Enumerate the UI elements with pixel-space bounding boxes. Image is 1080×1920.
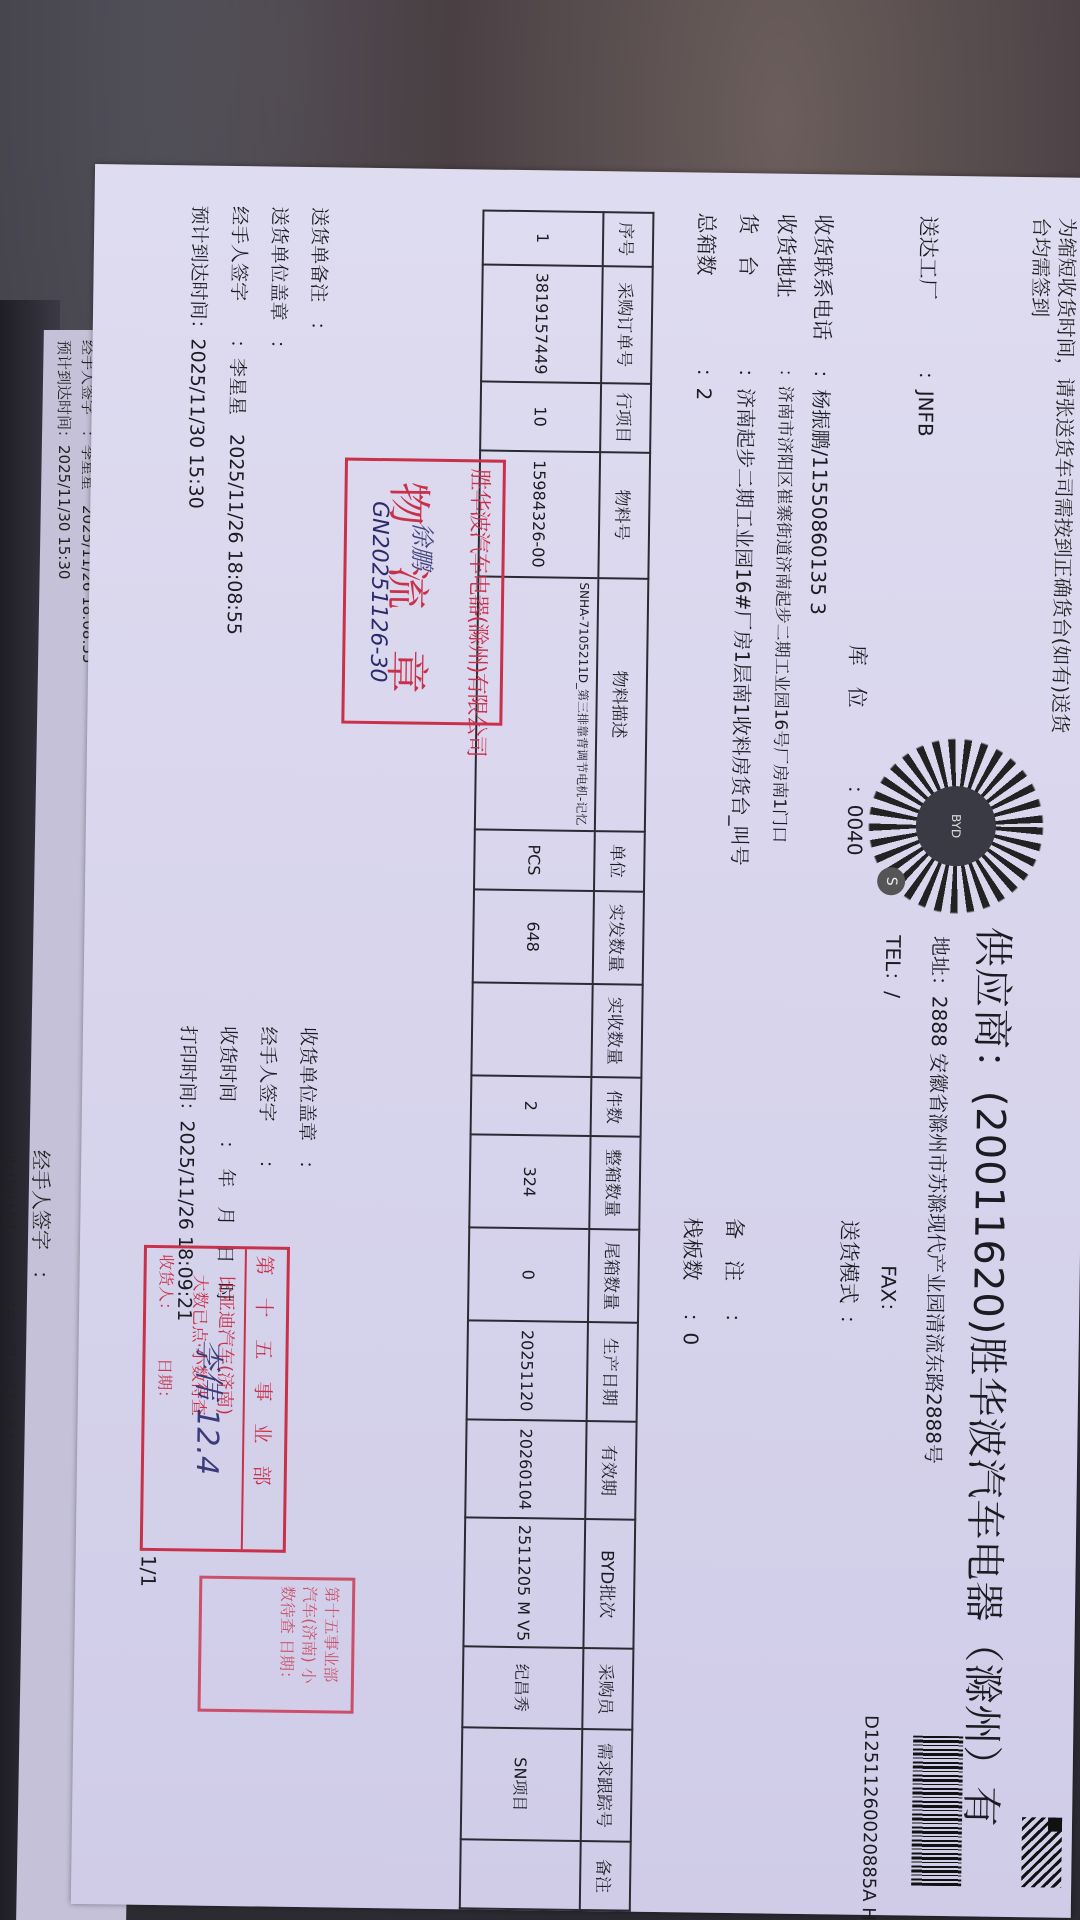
recv-address-text: 济南市济阳区崔寨街道济南起步二期工业园16号厂房南1门口 [769, 386, 795, 844]
sender-stamp-label: 送货单位盖章 [267, 206, 291, 320]
partial-stamp-text: 第十五事业部 汽车(济南) 小数待查 日期： [275, 1586, 343, 1697]
table-cell: 20260104 [465, 1419, 586, 1519]
column-header: 整箱数量 [589, 1136, 640, 1230]
sender-signature: 徐鹏 [406, 521, 442, 569]
eta-label: 预计到达时间： [187, 205, 211, 338]
column-header: 需求跟踪号 [581, 1729, 633, 1842]
table-cell: 2 [471, 1075, 592, 1136]
stamp-company: 胜华波汽车电器(滁州)有限公司 [462, 468, 497, 757]
column-header: 采购员 [582, 1648, 633, 1730]
recv-time-label: 收货时间 [216, 1026, 239, 1102]
boxes-label: 总箱数 [692, 212, 723, 275]
recv-handler-label: 经手人签字 [256, 1026, 279, 1121]
column-header: 件数 [591, 1077, 642, 1137]
pallets-value: ：0 [678, 1312, 707, 1345]
barcode-number: D12511260020885A H [858, 1715, 882, 1920]
table-cell: SN项目 [461, 1727, 583, 1841]
location-code: 0040 [843, 805, 868, 856]
recv-stamp-row: 收货单位盖章 ： [294, 1027, 323, 1179]
note-row: 送货单备注 ： [306, 207, 335, 340]
table-cell: 324 [469, 1134, 590, 1229]
pallets-label: 栈板数 [678, 1217, 709, 1280]
recv-address-value: ：济南市济阳区崔寨街道济南起步二期工业园16号厂房南1门口 [769, 369, 801, 844]
column-header: 行项目 [600, 383, 651, 452]
column-header: 实发数量 [593, 891, 644, 985]
address-value: 2888 安徽省滁州市苏滁现代产业园清流东路2888号 [921, 996, 952, 1464]
column-header: 尾箱数量 [588, 1229, 639, 1323]
stamp-receiver-date: 收货人： 日期： [154, 1254, 179, 1406]
column-header: BYD批次 [583, 1519, 635, 1649]
page-number: 1/1 [136, 1555, 160, 1588]
dock-value: ：济南起步二期工业园16#厂房1层南1收料房货台_叫号 [726, 368, 762, 866]
table-cell: 3819157449 [481, 264, 603, 383]
sender-handler-row: 经手人签字 ：李星星 2025/11/26 18:08:55 [222, 206, 255, 635]
table-cell [460, 1840, 581, 1910]
fax-label: FAX： [876, 1265, 901, 1322]
table-cell: PCS [474, 829, 595, 891]
plant-value: ：JNFB [912, 370, 942, 436]
plant-code: JNFB [913, 390, 938, 436]
dock-text: 济南起步二期工业园16#厂房1层南1收料房货台_叫号 [727, 388, 758, 866]
under-recv-time-line: 收货时间 ： 年 月 日 时 [0, 1150, 24, 1440]
notice-text: 为缩短收货时间，请张送货车司需按到正确货台(如有)送货 台均需签到 [1021, 217, 1080, 733]
table-cell: 0 [468, 1227, 589, 1322]
delivery-note: 为缩短收货时间，请张送货车司需按到正确货台(如有)送货 台均需签到 BYD S … [71, 164, 1080, 1918]
barcode [911, 1736, 963, 1887]
under-eta-line: 预计到达时间：2025/11/30 15:30 [52, 340, 76, 664]
eta-row: 预计到达时间：2025/11/30 15:30 [183, 205, 214, 509]
address-label: 地址： [928, 936, 953, 996]
recv-stamp-label: 收货单位盖章 [295, 1027, 319, 1141]
sender-logistics-stamp: 胜华波汽车电器(滁州)有限公司 物流章 徐鹏 GN20251126-30 [341, 458, 506, 726]
underlying-sheet-text-bottom: 经手人签字 ： 收货时间 ： 年 月 日 时 [0, 1150, 58, 1440]
supplier-value: (20011620)胜华波汽车电器（滁州）有 [957, 1090, 1013, 1827]
sender-stamp-row: 送货单位盖章 ： [265, 206, 294, 358]
column-header: 单位 [594, 831, 645, 892]
contact-value: ：杨振鹏/11550860135 3 [805, 369, 837, 615]
remark-value: ： [720, 1313, 749, 1333]
column-header: 生产日期 [587, 1322, 638, 1421]
sender-handler-name: 李星星 [226, 358, 249, 415]
print-time-label: 打印时间： [176, 1025, 199, 1120]
delivery-mode-label: 送货模式 [834, 1219, 865, 1303]
supplier-fax: FAX： [875, 1265, 905, 1322]
table-cell: 20251120 [467, 1321, 588, 1421]
column-header: 物料号 [598, 452, 650, 579]
column-header: 物料描述 [595, 578, 649, 832]
table-cell: 10 [480, 381, 601, 451]
eta-value: 2025/11/30 15:30 [184, 338, 208, 509]
sender-handler-label: 经手人签字 [227, 206, 250, 301]
supplier-address: 地址：2888 安徽省滁州市苏滁现代产业园清流东路2888号 [920, 936, 956, 1465]
qr-code-small [1021, 1817, 1062, 1888]
table-cell: 纪昌秀 [462, 1647, 583, 1730]
remark-label: 备 注 [720, 1218, 751, 1281]
column-header: 实收数量 [591, 984, 642, 1078]
contact-label: 收货联系电话 [808, 214, 840, 340]
supplier-label: 供应商： [967, 926, 1015, 1091]
boxes-value: ：2 [691, 367, 720, 400]
boxes-count: 2 [692, 387, 716, 400]
stamp-division: 第十五事业部 [248, 1255, 281, 1507]
receiver-stamp: 第十五事业部 比亚迪汽车(济南) 大数已点·小数待查 收货人： 日期： 李伟 1… [140, 1245, 290, 1553]
recv-address-label: 收货地址 [771, 214, 802, 298]
pallets-count: 0 [679, 1332, 703, 1345]
delivery-mode-value: ： [835, 1314, 864, 1334]
column-header: 有效期 [585, 1421, 636, 1520]
table-cell [471, 982, 592, 1077]
column-header: 备注 [580, 1841, 631, 1910]
partial-stamp: 第十五事业部 汽车(济南) 小数待查 日期： [197, 1576, 355, 1714]
sender-handwritten-code: GN20251126-30 [365, 501, 393, 683]
plant-label: 送达工厂 [913, 215, 944, 299]
dock-label: 货 台 [734, 213, 765, 276]
table-cell: 648 [473, 889, 594, 984]
tel-label: TEL： [881, 935, 906, 991]
supplier-tel: TEL：/ [880, 935, 910, 998]
column-header: 采购订单号 [601, 266, 653, 384]
column-header: 序号 [603, 212, 654, 266]
location-value: ：0040 [842, 785, 872, 856]
contact-text: 杨振鹏/11550860135 3 [806, 389, 833, 615]
supplier-title: 供应商：(20011620)胜华波汽车电器（滁州）有 [955, 926, 1025, 1828]
table-cell: 1 [483, 210, 604, 265]
note-label: 送货单备注 [307, 207, 330, 302]
tel-value: / [881, 991, 905, 998]
table-cell: 2511205 M V5 [463, 1518, 585, 1649]
under-handler-sign-line: 经手人签字 ： [24, 1150, 58, 1440]
location-label: 库 位 [843, 645, 874, 708]
recv-handler-row: 经手人签字 ： [254, 1026, 283, 1178]
receiver-signature: 李伟 12.4 [188, 1338, 234, 1475]
sender-handler-time: 2025/11/26 18:08:55 [223, 434, 248, 635]
